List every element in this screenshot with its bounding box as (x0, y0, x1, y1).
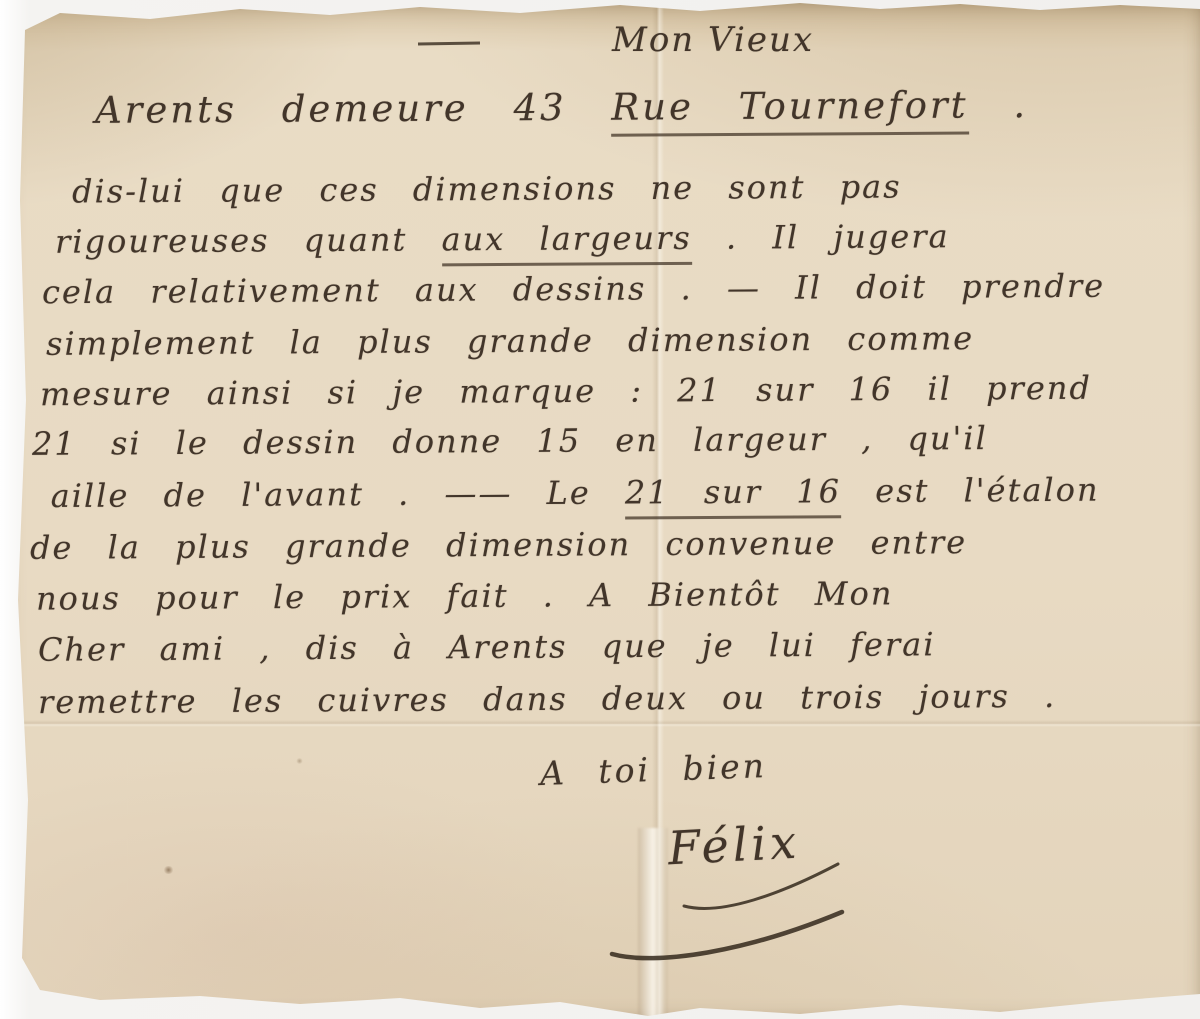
underlined-phrase: 21 sur 16 (625, 472, 841, 519)
letter-text-segment: remettre les cuivres dans deux ou trois … (38, 677, 1056, 721)
letter-text-segment: cela relativement aux dessins . — Il doi… (42, 267, 1105, 311)
underlined-phrase: Rue Tournefort (611, 84, 969, 137)
letter-text-segment: . (968, 83, 1028, 126)
letter-text-segment: Arents demeure 43 (95, 86, 612, 132)
ink-stain (296, 758, 303, 764)
letter-line: cela relativement aux dessins . — Il doi… (42, 267, 1105, 311)
letter-text-segment: 21 si le dessin donne 15 en largeur , qu… (32, 419, 988, 463)
letter-line: Arents demeure 43 Rue Tournefort . (95, 83, 1028, 132)
letter-text-segment: de la plus grande dimension convenue ent… (30, 523, 967, 567)
closing-phrase: A toi bien (539, 746, 767, 793)
letter-text-segment: nous pour le prix fait . A Bientôt Mon (36, 574, 894, 617)
letter-line: nous pour le prix fait . A Bientôt Mon (36, 574, 894, 617)
letter-paper: Mon Vieux Arents demeure 43 Rue Tournefo… (0, 0, 1200, 1019)
letter-text-segment: . Il jugera (692, 217, 950, 257)
letter-line: ) aille de l'avant . —— Le 21 sur 16 est… (2, 471, 1100, 516)
letter-line: mesure ainsi si je marque : 21 sur 16 il… (40, 369, 1092, 413)
horizontal-fold-crease (0, 720, 1200, 727)
letter-text-segment: simplement la plus grande dimension comm… (46, 319, 974, 363)
letter-text-segment: rigoureuses quant (55, 220, 442, 260)
letter-text-segment: mesure ainsi si je marque : 21 sur 16 il… (40, 369, 1092, 413)
letter-line: de la plus grande dimension convenue ent… (30, 523, 967, 567)
letter-text-segment: Cher ami , dis à Arents que je lui ferai (38, 625, 936, 668)
letter-line: remettre les cuivres dans deux ou trois … (38, 677, 1056, 721)
salutation: Mon Vieux (612, 20, 814, 60)
underlined-phrase: aux largeurs (441, 219, 692, 267)
signature: Félix (667, 815, 802, 876)
letter-line: dis-lui que ces dimensions ne sont pas (72, 167, 902, 210)
letter-line: 21 si le dessin donne 15 en largeur , qu… (32, 419, 988, 463)
letter-line: Cher ami , dis à Arents que je lui ferai (38, 625, 936, 668)
letter-line: rigoureuses quant aux largeurs . Il juge… (55, 217, 950, 260)
letter-text-segment: ) aille de l'avant . —— Le (2, 474, 625, 516)
letter-line: simplement la plus grande dimension comm… (46, 319, 974, 363)
letter-text-segment: dis-lui que ces dimensions ne sont pas (72, 167, 902, 210)
letter-text-segment: est l'étalon (841, 471, 1100, 511)
salutation-dash-stroke (418, 41, 480, 45)
ink-stain (163, 866, 174, 874)
vertical-fold-crease-bottom (638, 828, 668, 1018)
